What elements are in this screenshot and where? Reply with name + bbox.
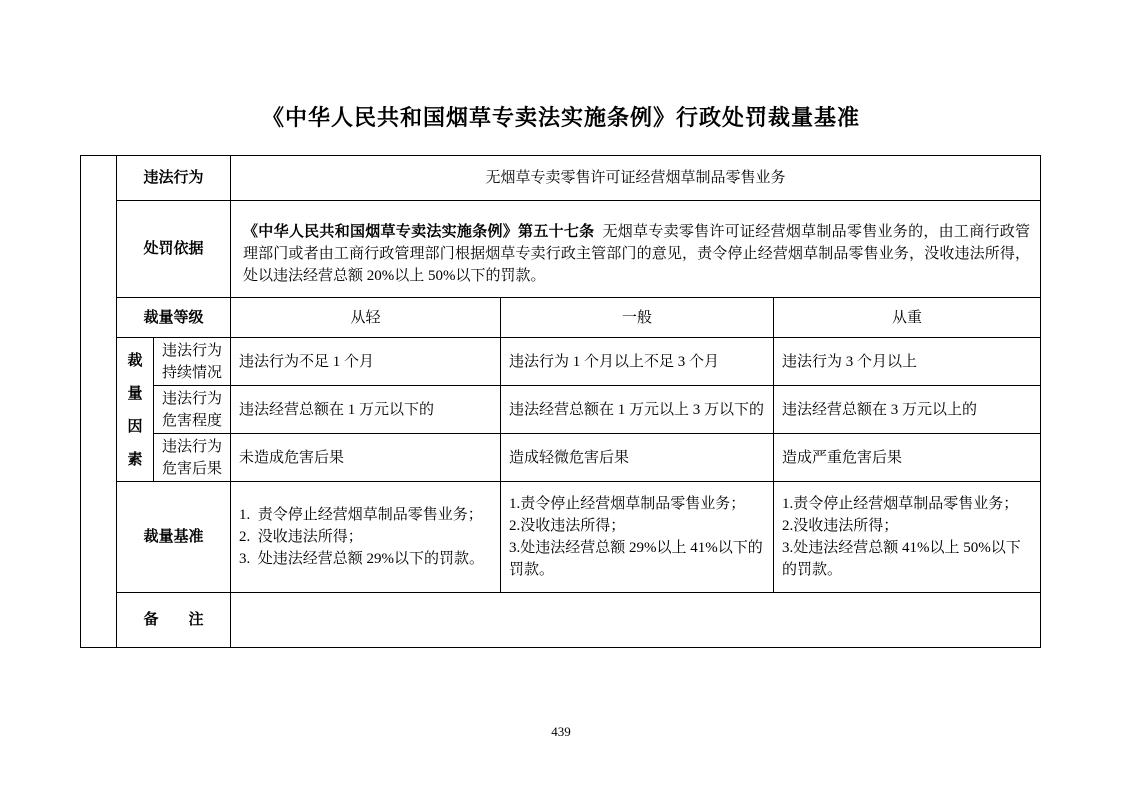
row-remark: 备 注 bbox=[81, 593, 1041, 648]
legal-basis-label-cell: 处罚依据 bbox=[117, 201, 231, 298]
benchmark-normal-cell: 1.责令停止经营烟草制品零售业务； 2.没收违法所得； 3.处违法经营总额 29… bbox=[501, 482, 774, 593]
factors-label-cell: 裁量因素 bbox=[117, 338, 154, 482]
remark-label-cell: 备 注 bbox=[117, 593, 231, 648]
row-benchmark: 裁量基准 1. 责令停止经营烟草制品零售业务； 2. 没收违法所得； 3. 处违… bbox=[81, 482, 1041, 593]
row-factor-degree: 违法行为 危害程度 违法经营总额在 1 万元以下的 违法经营总额在 1 万元以上… bbox=[81, 386, 1041, 434]
factor-duration-heavy-cell: 违法行为 3 个月以上 bbox=[774, 338, 1041, 386]
legal-basis-value-cell: 《中华人民共和国烟草专卖法实施条例》第五十七条 无烟草专卖零售许可证经营烟草制品… bbox=[231, 201, 1041, 298]
row-factor-duration: 裁量因素 违法行为 持续情况 违法行为不足 1 个月 违法行为 1 个月以上不足… bbox=[81, 338, 1041, 386]
violation-value-cell: 无烟草专卖零售许可证经营烟草制品零售业务 bbox=[231, 156, 1041, 201]
factor-duration-light-cell: 违法行为不足 1 个月 bbox=[231, 338, 501, 386]
grade-light-cell: 从轻 bbox=[231, 298, 501, 338]
row-factor-consequence: 违法行为 危害后果 未造成危害后果 造成轻微危害后果 造成严重危害后果 bbox=[81, 434, 1041, 482]
factor-consequence-heavy-cell: 造成严重危害后果 bbox=[774, 434, 1041, 482]
factor-degree-heavy-cell: 违法经营总额在 3 万元以上的 bbox=[774, 386, 1041, 434]
benchmark-heavy-cell: 1.责令停止经营烟草制品零售业务； 2.没收违法所得； 3.处违法经营总额 41… bbox=[774, 482, 1041, 593]
benchmark-label-cell: 裁量基准 bbox=[117, 482, 231, 593]
factor-duration-normal-cell: 违法行为 1 个月以上不足 3 个月 bbox=[501, 338, 774, 386]
factor-consequence-normal-cell: 造成轻微危害后果 bbox=[501, 434, 774, 482]
page-number: 439 bbox=[0, 724, 1122, 740]
remark-value-cell bbox=[231, 593, 1041, 648]
penalty-discretion-table: 违法行为 无烟草专卖零售许可证经营烟草制品零售业务 处罚依据 《中华人民共和国烟… bbox=[80, 155, 1041, 648]
document-title: 《中华人民共和国烟草专卖法实施条例》行政处罚裁量基准 bbox=[0, 101, 1122, 132]
grade-heavy-cell: 从重 bbox=[774, 298, 1041, 338]
factor-degree-name-cell: 违法行为 危害程度 bbox=[154, 386, 231, 434]
factors-vertical-label: 裁量因素 bbox=[127, 344, 144, 476]
violation-label-cell: 违法行为 bbox=[117, 156, 231, 201]
legal-basis-article: 《中华人民共和国烟草专卖法实施条例》第五十七条 bbox=[243, 223, 594, 240]
left-margin-column bbox=[81, 156, 117, 648]
row-grade-header: 裁量等级 从轻 一般 从重 bbox=[81, 298, 1041, 338]
row-violation: 违法行为 无烟草专卖零售许可证经营烟草制品零售业务 bbox=[81, 156, 1041, 201]
document-page: { "colors": { "background": "#ffffff", "… bbox=[0, 0, 1122, 793]
factor-degree-light-cell: 违法经营总额在 1 万元以下的 bbox=[231, 386, 501, 434]
row-legal-basis: 处罚依据 《中华人民共和国烟草专卖法实施条例》第五十七条 无烟草专卖零售许可证经… bbox=[81, 201, 1041, 298]
factor-duration-name-cell: 违法行为 持续情况 bbox=[154, 338, 231, 386]
factor-consequence-light-cell: 未造成危害后果 bbox=[231, 434, 501, 482]
factor-consequence-name-cell: 违法行为 危害后果 bbox=[154, 434, 231, 482]
factor-degree-normal-cell: 违法经营总额在 1 万元以上 3 万以下的 bbox=[501, 386, 774, 434]
grade-label-cell: 裁量等级 bbox=[117, 298, 231, 338]
grade-normal-cell: 一般 bbox=[501, 298, 774, 338]
benchmark-light-cell: 1. 责令停止经营烟草制品零售业务； 2. 没收违法所得； 3. 处违法经营总额… bbox=[231, 482, 501, 593]
